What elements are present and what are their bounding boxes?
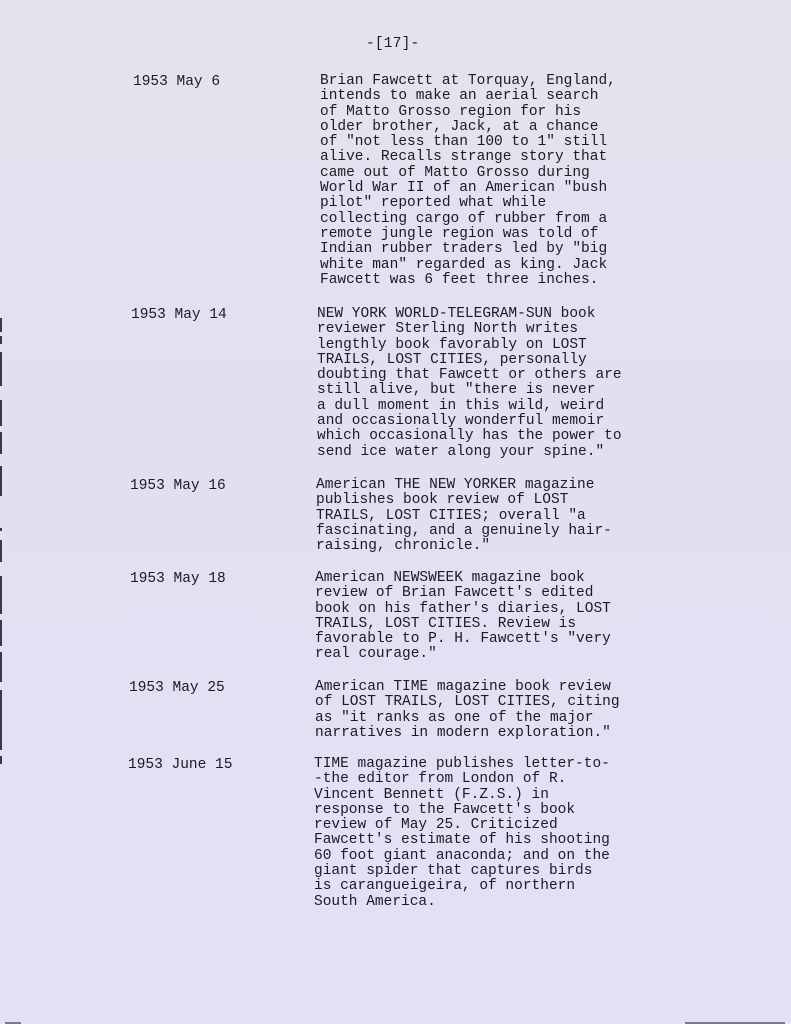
- scan-edge-mark: [0, 690, 2, 750]
- entry-date: 1953 May 16: [130, 478, 226, 494]
- scan-edge-mark: [0, 540, 2, 562]
- entry-date: 1953 May 25: [129, 680, 225, 696]
- entry-text: Brian Fawcett at Torquay, England, inten…: [320, 74, 665, 288]
- scan-edge-mark: [0, 528, 2, 531]
- scan-edge-mark: [0, 432, 2, 454]
- scan-edge-mark: [0, 318, 2, 332]
- entry-text: NEW YORK WORLD-TELEGRAM-SUN book reviewe…: [317, 307, 662, 460]
- scan-edge-mark: [0, 652, 2, 682]
- page-number: -[17]-: [366, 36, 419, 52]
- entry-date: 1953 May 14: [131, 307, 227, 323]
- entry-text: TIME magazine publishes letter-to- -the …: [314, 757, 659, 910]
- scan-edge-mark: [0, 576, 2, 614]
- scan-edge-mark: [0, 756, 2, 764]
- entry-date: 1953 June 15: [128, 757, 232, 773]
- scan-edge-mark: [0, 336, 2, 344]
- scan-edge-mark: [0, 466, 2, 496]
- entry-text: American THE NEW YORKER magazine publish…: [316, 478, 661, 554]
- scan-edge-mark: [0, 352, 2, 386]
- entry-text: American NEWSWEEK magazine book review o…: [315, 571, 660, 663]
- entry-date: 1953 May 6: [133, 74, 220, 90]
- entry-text: American TIME magazine book review of LO…: [315, 680, 660, 741]
- entry-date: 1953 May 18: [130, 571, 226, 587]
- scan-edge-mark: [0, 400, 2, 426]
- scan-edge-mark: [0, 620, 2, 646]
